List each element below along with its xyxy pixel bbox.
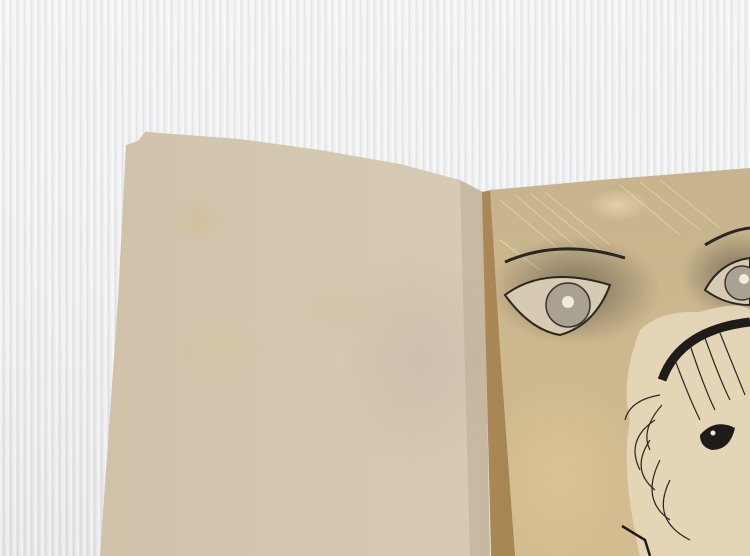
manga-illustration [0, 0, 750, 556]
girl-eye-highlight [711, 431, 716, 436]
right-pupil-highlight [739, 274, 749, 284]
open-book [0, 0, 750, 556]
left-pupil-highlight [562, 296, 574, 308]
illustration-content [490, 180, 750, 556]
